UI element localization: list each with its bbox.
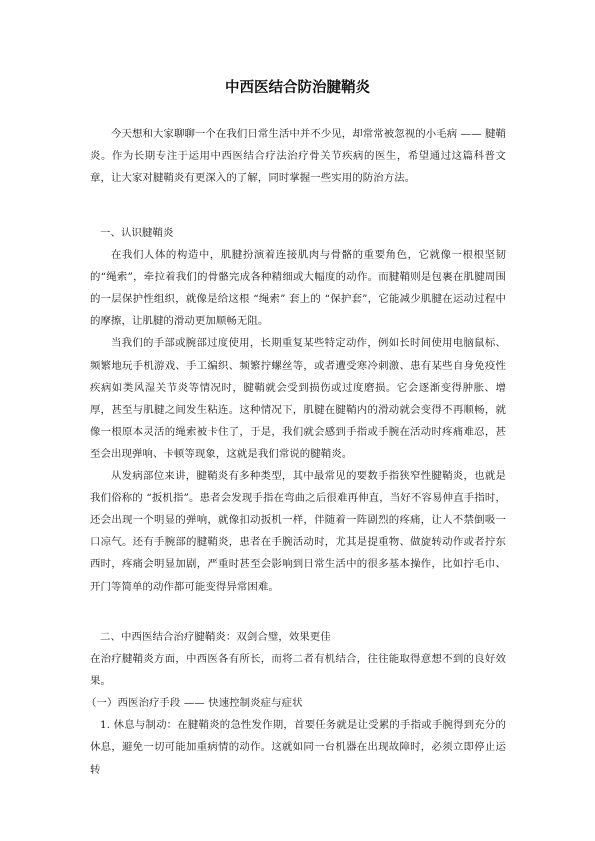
section-1-paragraph-1: 在我们人体的构造中，肌腱扮演着连接肌肉与骨骼的重要角色，它就像一根根坚韧的“绳索… <box>90 244 506 332</box>
intro-block: 今天想和大家聊聊一个在我们日常生活中并不少见，却常常被忽视的小毛病 —— 腱鞘炎… <box>90 123 506 189</box>
section-2-lead: 在治疗腱鞘炎方面，中西医各有所长，而将二者有机结合，往往能取得意想不到的良好效果… <box>90 648 506 692</box>
section-2-item-1: 1. 休息与制动：在腱鞘炎的急性发作期，首要任务就是让受累的手指或手腕得到充分的… <box>90 714 506 780</box>
section-2-heading: 二、中西医结合治疗腱鞘炎：双剑合璧，效果更佳 <box>90 626 506 648</box>
document-page: 中西医结合防治腱鞘炎 今天想和大家聊聊一个在我们日常生活中并不少见，却常常被忽视… <box>0 0 595 841</box>
document-title: 中西医结合防治腱鞘炎 <box>0 76 595 97</box>
intro-paragraph: 今天想和大家聊聊一个在我们日常生活中并不少见，却常常被忽视的小毛病 —— 腱鞘炎… <box>90 123 506 189</box>
section-2: 二、中西医结合治疗腱鞘炎：双剑合璧，效果更佳 在治疗腱鞘炎方面，中西医各有所长，… <box>90 626 506 781</box>
section-1-heading: 一、认识腱鞘炎 <box>90 222 506 244</box>
section-1-paragraph-2: 当我们的手部或腕部过度使用，长期重复某些特定动作，例如长时间使用电脑鼠标、频繁地… <box>90 332 506 465</box>
section-1: 一、认识腱鞘炎 在我们人体的构造中，肌腱扮演着连接肌肉与骨骼的重要角色，它就像一… <box>90 222 506 598</box>
section-2-subheading: （一）西医治疗手段 —— 快速控制炎症与症状 <box>90 692 506 714</box>
section-1-paragraph-3: 从发病部位来讲，腱鞘炎有多种类型，其中最常见的要数手指狭窄性腱鞘炎，也就是我们俗… <box>90 465 506 598</box>
